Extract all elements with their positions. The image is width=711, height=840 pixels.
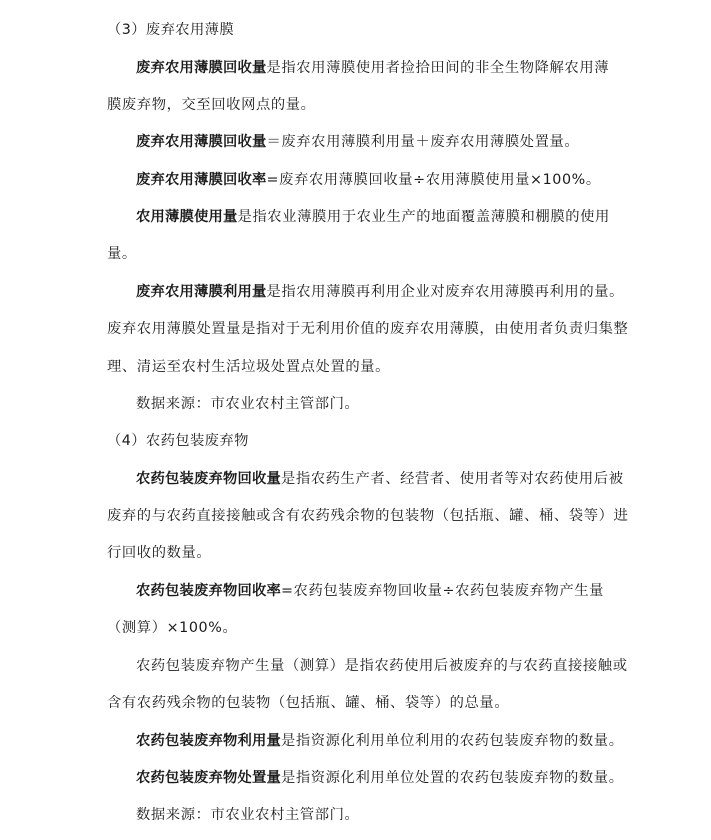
definition-text: 是指农用薄膜使用者捡拾田间的非全生物降解农用薄 <box>266 60 609 76</box>
formula-film-recovery-rate: 废弃农用薄膜回收率=废弃农用薄膜回收量÷农用薄膜使用量×100%。 <box>136 167 601 193</box>
definition-text: 农药包装废弃物产生量（测算）是指农药使用后被废弃的与农药直接接触或 <box>136 658 628 674</box>
heading-text: （4）农药包装废弃物 <box>107 433 249 449</box>
paragraph-film-usage-def: 农用薄膜使用量是指农业薄膜用于农业生产的地面覆盖薄膜和棚膜的使用 <box>136 204 610 230</box>
term-bold: 农药包装废弃物处置量 <box>136 770 281 786</box>
paragraph-continuation: 含有农药残余物的包装物（包括瓶、罐、桶、袋等）的总量。 <box>107 690 509 716</box>
formula-text: （测算）×100%。 <box>107 620 237 636</box>
formula-film-recovery: 废弃农用薄膜回收量＝废弃农用薄膜利用量＋废弃农用薄膜处置量。 <box>136 129 579 155</box>
definition-text: 行回收的数量。 <box>107 545 211 561</box>
paragraph-packaging-recovery-def: 农药包装废弃物回收量是指农药生产者、经营者、使用者等对农药使用后被 <box>136 466 624 492</box>
definition-text: 膜废弃物，交至回收网点的量。 <box>107 97 316 113</box>
paragraph-film-disposal-def: 废弃农用薄膜处置量是指对于无利用价值的废弃农用薄膜，由使用者负责归集整 <box>107 316 628 342</box>
definition-text: 是指农药生产者、经营者、使用者等对农药使用后被 <box>281 471 624 487</box>
paragraph-packaging-generation-def: 农药包装废弃物产生量（测算）是指农药使用后被废弃的与农药直接接触或 <box>136 653 628 679</box>
section-heading-pesticide-packaging: （4）农药包装废弃物 <box>107 428 249 454</box>
definition-text: 是指农用薄膜再利用企业对废弃农用薄膜再利用的量。 <box>266 284 624 300</box>
data-source-packaging: 数据来源：市农业农村主管部门。 <box>136 802 359 828</box>
definition-text: 是指资源化利用单位利用的农药包装废弃物的数量。 <box>281 733 624 749</box>
source-text: 数据来源：市农业农村主管部门。 <box>136 807 359 823</box>
definition-text: 是指资源化利用单位处置的农药包装废弃物的数量。 <box>281 770 624 786</box>
data-source-film: 数据来源：市农业农村主管部门。 <box>136 391 359 417</box>
paragraph-continuation: 膜废弃物，交至回收网点的量。 <box>107 92 316 118</box>
source-text: 数据来源：市农业农村主管部门。 <box>136 396 359 412</box>
definition-text: 量。 <box>107 246 137 262</box>
definition-text: 废弃农用薄膜处置量是指对于无利用价值的废弃农用薄膜，由使用者负责归集整 <box>107 321 628 337</box>
term-bold: 废弃农用薄膜回收量 <box>136 60 266 76</box>
heading-text: （3）废弃农用薄膜 <box>107 22 234 38</box>
term-bold: 农用薄膜使用量 <box>136 209 237 225</box>
paragraph-continuation: 废弃的与农药直接接触或含有农药残余物的包装物（包括瓶、罐、桶、袋等）进 <box>107 503 628 529</box>
section-heading-film: （3）废弃农用薄膜 <box>107 17 234 43</box>
formula-text: ＝废弃农用薄膜利用量＋废弃农用薄膜处置量。 <box>266 134 579 150</box>
definition-text: 废弃的与农药直接接触或含有农药残余物的包装物（包括瓶、罐、桶、袋等）进 <box>107 508 628 524</box>
term-bold: 农药包装废弃物回收量 <box>136 471 281 487</box>
term-bold: 农药包装废弃物回收率 <box>136 583 281 599</box>
paragraph-film-utilization-def: 废弃农用薄膜利用量是指农用薄膜再利用企业对废弃农用薄膜再利用的量。 <box>136 279 624 305</box>
term-bold: 废弃农用薄膜回收率 <box>136 172 266 188</box>
term-bold: 废弃农用薄膜利用量 <box>136 284 266 300</box>
definition-text: 理、清运至农村生活垃圾处置点处置的量。 <box>107 359 390 375</box>
term-bold: 废弃农用薄膜回收量 <box>136 134 266 150</box>
formula-text: =农药包装废弃物回收量÷农药包装废弃物产生量 <box>281 583 604 599</box>
paragraph-packaging-utilization-def: 农药包装废弃物利用量是指资源化利用单位利用的农药包装废弃物的数量。 <box>136 728 624 754</box>
formula-text: =废弃农用薄膜回收量÷农用薄膜使用量×100%。 <box>266 172 600 188</box>
term-bold: 农药包装废弃物利用量 <box>136 733 281 749</box>
definition-text: 含有农药残余物的包装物（包括瓶、罐、桶、袋等）的总量。 <box>107 695 509 711</box>
paragraph-packaging-disposal-def: 农药包装废弃物处置量是指资源化利用单位处置的农药包装废弃物的数量。 <box>136 765 624 791</box>
paragraph-continuation: 理、清运至农村生活垃圾处置点处置的量。 <box>107 354 390 380</box>
definition-text: 是指农业薄膜用于农业生产的地面覆盖薄膜和棚膜的使用 <box>237 209 609 225</box>
paragraph-film-recovery-def: 废弃农用薄膜回收量是指农用薄膜使用者捡拾田间的非全生物降解农用薄 <box>136 55 609 81</box>
paragraph-continuation: 行回收的数量。 <box>107 540 211 566</box>
formula-packaging-recovery-rate: 农药包装废弃物回收率=农药包装废弃物回收量÷农药包装废弃物产生量 <box>136 578 604 604</box>
paragraph-continuation: （测算）×100%。 <box>107 615 237 641</box>
paragraph-continuation: 量。 <box>107 241 137 267</box>
